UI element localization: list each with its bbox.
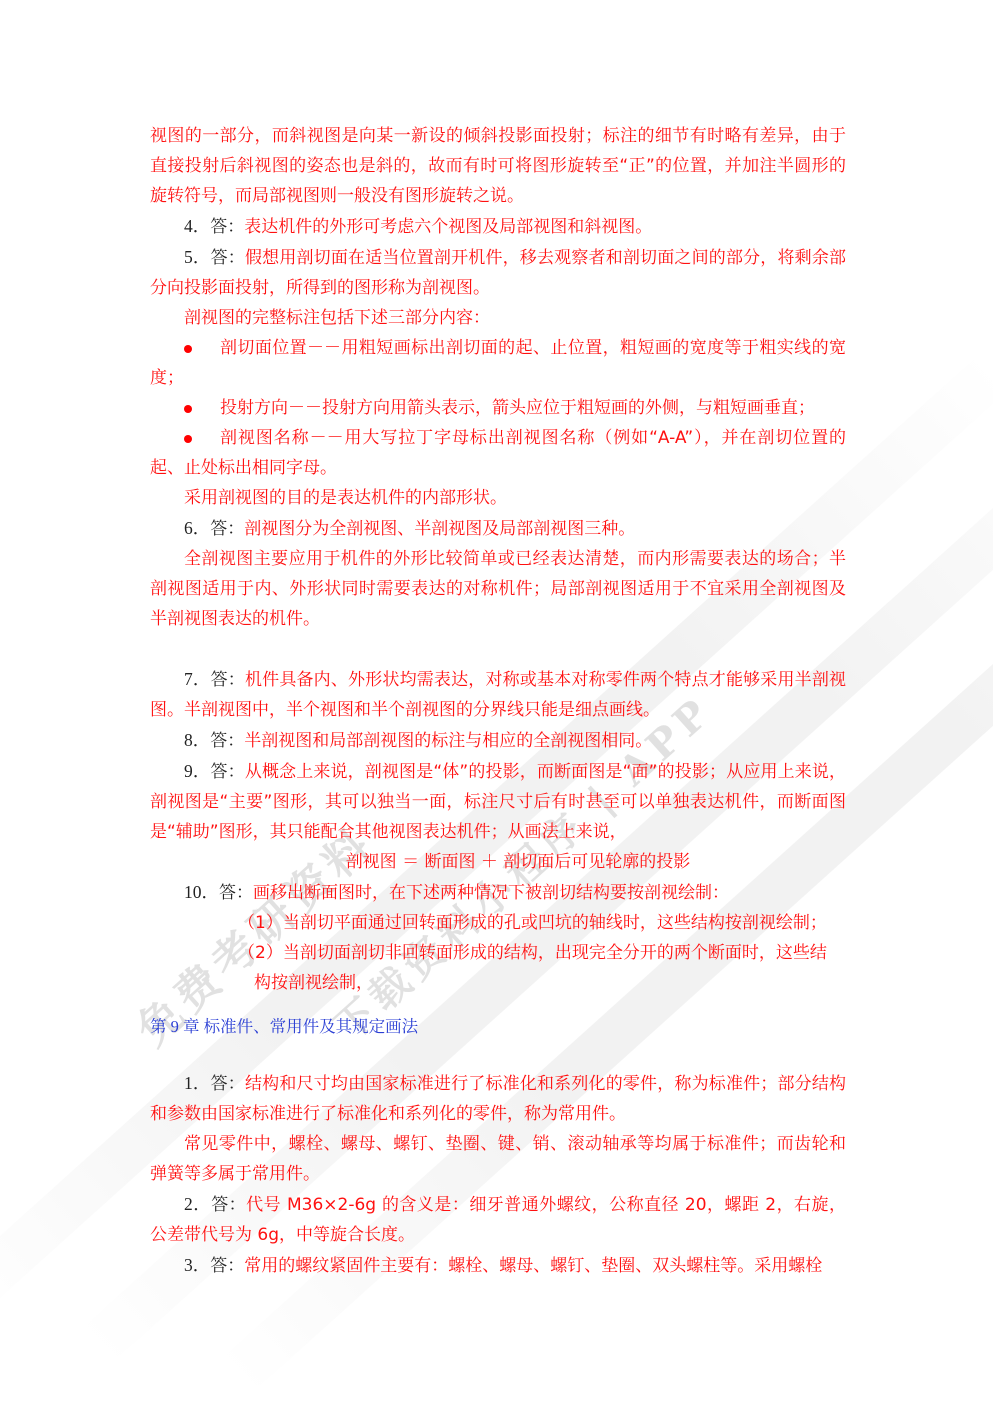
answer-6: 6．答：剖视图分为全剖视图、半剖视图及局部剖视图三种。 bbox=[150, 513, 846, 544]
ch9-answer-3: 3．答：常用的螺纹紧固件主要有：螺栓、螺母、螺钉、垫圈、双头螺柱等。采用螺栓 bbox=[150, 1250, 846, 1281]
purpose-statement: 采用剖视图的目的是表达机件的内部形状。 bbox=[150, 483, 846, 513]
answer-9: 9．答：从概念上来说，剖视图是“体”的投影，而断面图是“面”的投影；从应用上来说… bbox=[150, 756, 846, 847]
answer-text: 结构和尺寸均由国家标准进行了标准化和系列化的零件，称为标准件；部分结构和参数由国… bbox=[150, 1074, 846, 1124]
sub-item-text: 当剖切面剖切非回转面形成的结构，出现完全分开的两个断面时，这些结 bbox=[283, 943, 827, 963]
answer-label: 答： bbox=[219, 883, 253, 903]
answer-label: 答： bbox=[210, 1256, 244, 1276]
answer-text: 半剖视图和局部剖视图的标注与相应的全剖视图相同。 bbox=[244, 731, 652, 751]
answer-label: 答： bbox=[211, 248, 245, 268]
sub-item-text: 当剖切平面通过回转面形成的孔或凹坑的轴线时，这些结构按剖视绘制； bbox=[283, 913, 827, 933]
sub-item-2: （2）当剖切面剖切非回转面形成的结构，出现完全分开的两个断面时，这些结 bbox=[150, 938, 846, 968]
bullet-icon bbox=[184, 405, 192, 413]
answer-number: 7． bbox=[184, 669, 211, 689]
answer-label: 答： bbox=[210, 217, 244, 237]
ch9-answer-2: 2．答：代号 M36×2-6g 的含义是：细牙普通外螺纹，公称直径 20，螺距 … bbox=[150, 1189, 846, 1250]
bullet-text: 剖视图名称－－用大写拉丁字母标出剖视图名称（例如“A-A”），并在剖切位置的起、… bbox=[150, 428, 846, 478]
ch9-answer-1: 1．答：结构和尺寸均由国家标准进行了标准化和系列化的零件，称为标准件；部分结构和… bbox=[150, 1068, 846, 1129]
answer-number: 3． bbox=[184, 1255, 210, 1275]
answer-number: 10． bbox=[184, 882, 219, 902]
annotation-intro: 剖视图的完整标注包括下述三部分内容： bbox=[150, 303, 846, 333]
answer-text: 从概念上来说，剖视图是“体”的投影，而断面图是“面”的投影；从应用上来说，剖视图… bbox=[150, 762, 846, 842]
answer-number: 2． bbox=[184, 1194, 211, 1214]
answer-text: 画移出断面图时，在下述两种情况下被剖切结构要按剖视绘制： bbox=[253, 883, 729, 903]
spacer bbox=[150, 1042, 846, 1068]
bullet-text: 剖切面位置－－用粗短画标出剖切面的起、止位置，粗短画的宽度等于粗实线的宽度； bbox=[150, 338, 846, 388]
answer-number: 8． bbox=[184, 730, 210, 750]
bullet-item: 投射方向－－投射方向用箭头表示，箭头应位于粗短画的外侧，与粗短画垂直； bbox=[150, 393, 846, 423]
answer-number: 1． bbox=[184, 1073, 211, 1093]
answer-text: 表达机件的外形可考虑六个视图及局部视图和斜视图。 bbox=[244, 217, 652, 237]
answer-label: 答： bbox=[211, 670, 245, 690]
answer-number: 4． bbox=[184, 216, 210, 236]
continuation-paragraph: 视图的一部分，而斜视图是向某一新设的倾斜投影面投射；标注的细节有时略有差异，由于… bbox=[150, 121, 846, 211]
answer-text: 机件具备内、外形状均需表达，对称或基本对称零件两个特点才能够采用半剖视图。半剖视… bbox=[150, 670, 846, 720]
answer-label: 答： bbox=[210, 731, 244, 751]
answer-label: 答： bbox=[211, 1074, 245, 1094]
answer-number: 6． bbox=[184, 518, 210, 538]
ch9-answer-1-extra: 常见零件中，螺栓、螺母、螺钉、垫圈、键、销、滚动轴承等均属于标准件；而齿轮和弹簧… bbox=[150, 1129, 846, 1189]
sub-item-marker: （1） bbox=[238, 913, 283, 933]
sub-item-1: （1）当剖切平面通过回转面形成的孔或凹坑的轴线时，这些结构按剖视绘制； bbox=[150, 908, 846, 938]
answer-6-detail: 全剖视图主要应用于机件的外形比较简单或已经表达清楚，而内形需要表达的场合；半剖视… bbox=[150, 544, 846, 634]
answer-label: 答： bbox=[211, 762, 245, 782]
answer-text: 假想用剖切面在适当位置剖开机件，移去观察者和剖切面之间的部分，将剩余部分向投影面… bbox=[150, 248, 846, 298]
answer-number: 5． bbox=[184, 247, 211, 267]
bullet-text: 投射方向－－投射方向用箭头表示，箭头应位于粗短画的外侧，与粗短画垂直； bbox=[220, 398, 815, 418]
spacer bbox=[150, 634, 846, 664]
bullet-icon bbox=[184, 435, 192, 443]
answer-number: 9． bbox=[184, 761, 211, 781]
answer-4: 4．答：表达机件的外形可考虑六个视图及局部视图和斜视图。 bbox=[150, 211, 846, 242]
answer-label: 答： bbox=[211, 1195, 246, 1215]
answer-text: 常用的螺纹紧固件主要有：螺栓、螺母、螺钉、垫圈、双头螺柱等。采用螺栓 bbox=[244, 1256, 822, 1276]
bullet-item: 剖切面位置－－用粗短画标出剖切面的起、止位置，粗短画的宽度等于粗实线的宽度； bbox=[150, 333, 846, 393]
answer-label: 答： bbox=[210, 519, 244, 539]
bullet-item: 剖视图名称－－用大写拉丁字母标出剖视图名称（例如“A-A”），并在剖切位置的起、… bbox=[150, 423, 846, 483]
answer-10: 10．答：画移出断面图时，在下述两种情况下被剖切结构要按剖视绘制： bbox=[150, 877, 846, 908]
formula: 剖视图 ＝ 断面图 ＋ 剖切面后可见轮廓的投影 bbox=[150, 847, 846, 877]
answer-8: 8．答：半剖视图和局部剖视图的标注与相应的全剖视图相同。 bbox=[150, 725, 846, 756]
answer-7: 7．答：机件具备内、外形状均需表达，对称或基本对称零件两个特点才能够采用半剖视图… bbox=[150, 664, 846, 725]
document-page: 视图的一部分，而斜视图是向某一新设的倾斜投影面投射；标注的细节有时略有差异，由于… bbox=[150, 121, 846, 1281]
answer-5: 5．答：假想用剖切面在适当位置剖开机件，移去观察者和剖切面之间的部分，将剩余部分… bbox=[150, 242, 846, 303]
bullet-icon bbox=[184, 345, 192, 353]
answer-text: 代号 M36×2-6g 的含义是：细牙普通外螺纹，公称直径 20，螺距 2，右旋… bbox=[150, 1195, 846, 1245]
chapter-heading: 第 9 章 标准件、常用件及其规定画法 bbox=[150, 1012, 846, 1042]
answer-text: 剖视图分为全剖视图、半剖视图及局部剖视图三种。 bbox=[244, 519, 635, 539]
sub-item-marker: （2） bbox=[238, 943, 283, 963]
sub-item-2-continuation: 构按剖视绘制， bbox=[150, 968, 846, 998]
